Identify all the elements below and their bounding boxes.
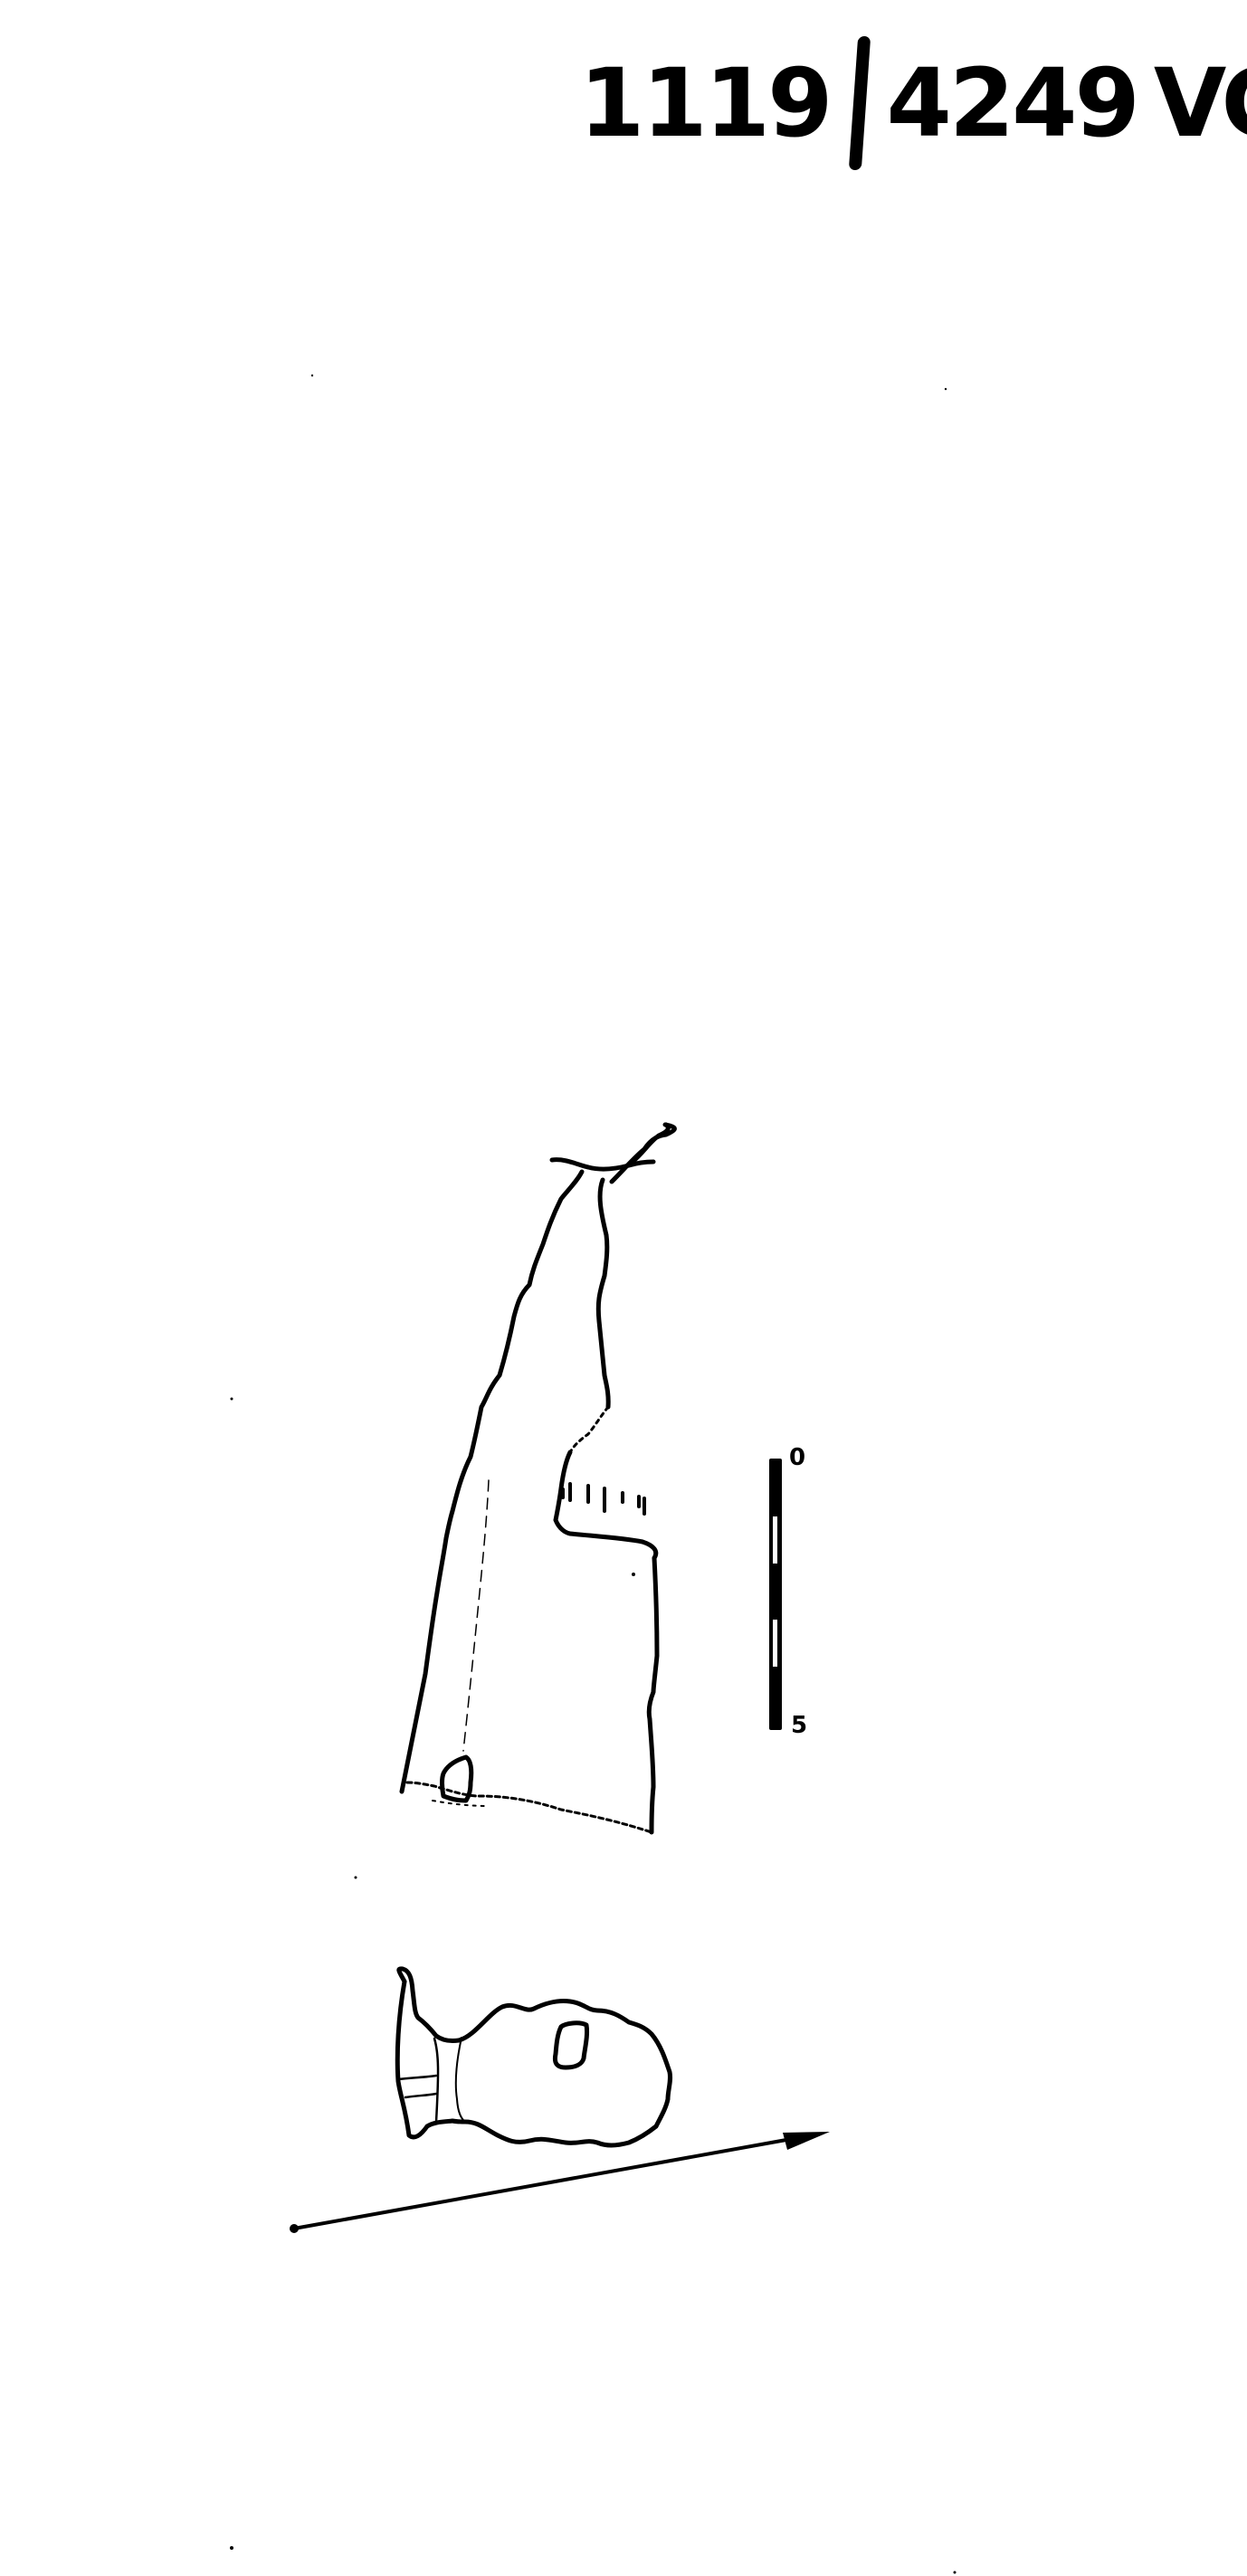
stray-specks: [230, 375, 957, 2574]
technical-drawing: [0, 0, 1247, 2576]
object-profile-drawing: [402, 1125, 674, 1832]
scale-start-label: 0: [789, 1446, 805, 1469]
object-cross-section-drawing: [397, 1969, 670, 2145]
direction-arrow: [290, 2132, 830, 2233]
scale-end-label: 5: [791, 1714, 807, 1737]
scale-bar: [769, 1459, 782, 1730]
